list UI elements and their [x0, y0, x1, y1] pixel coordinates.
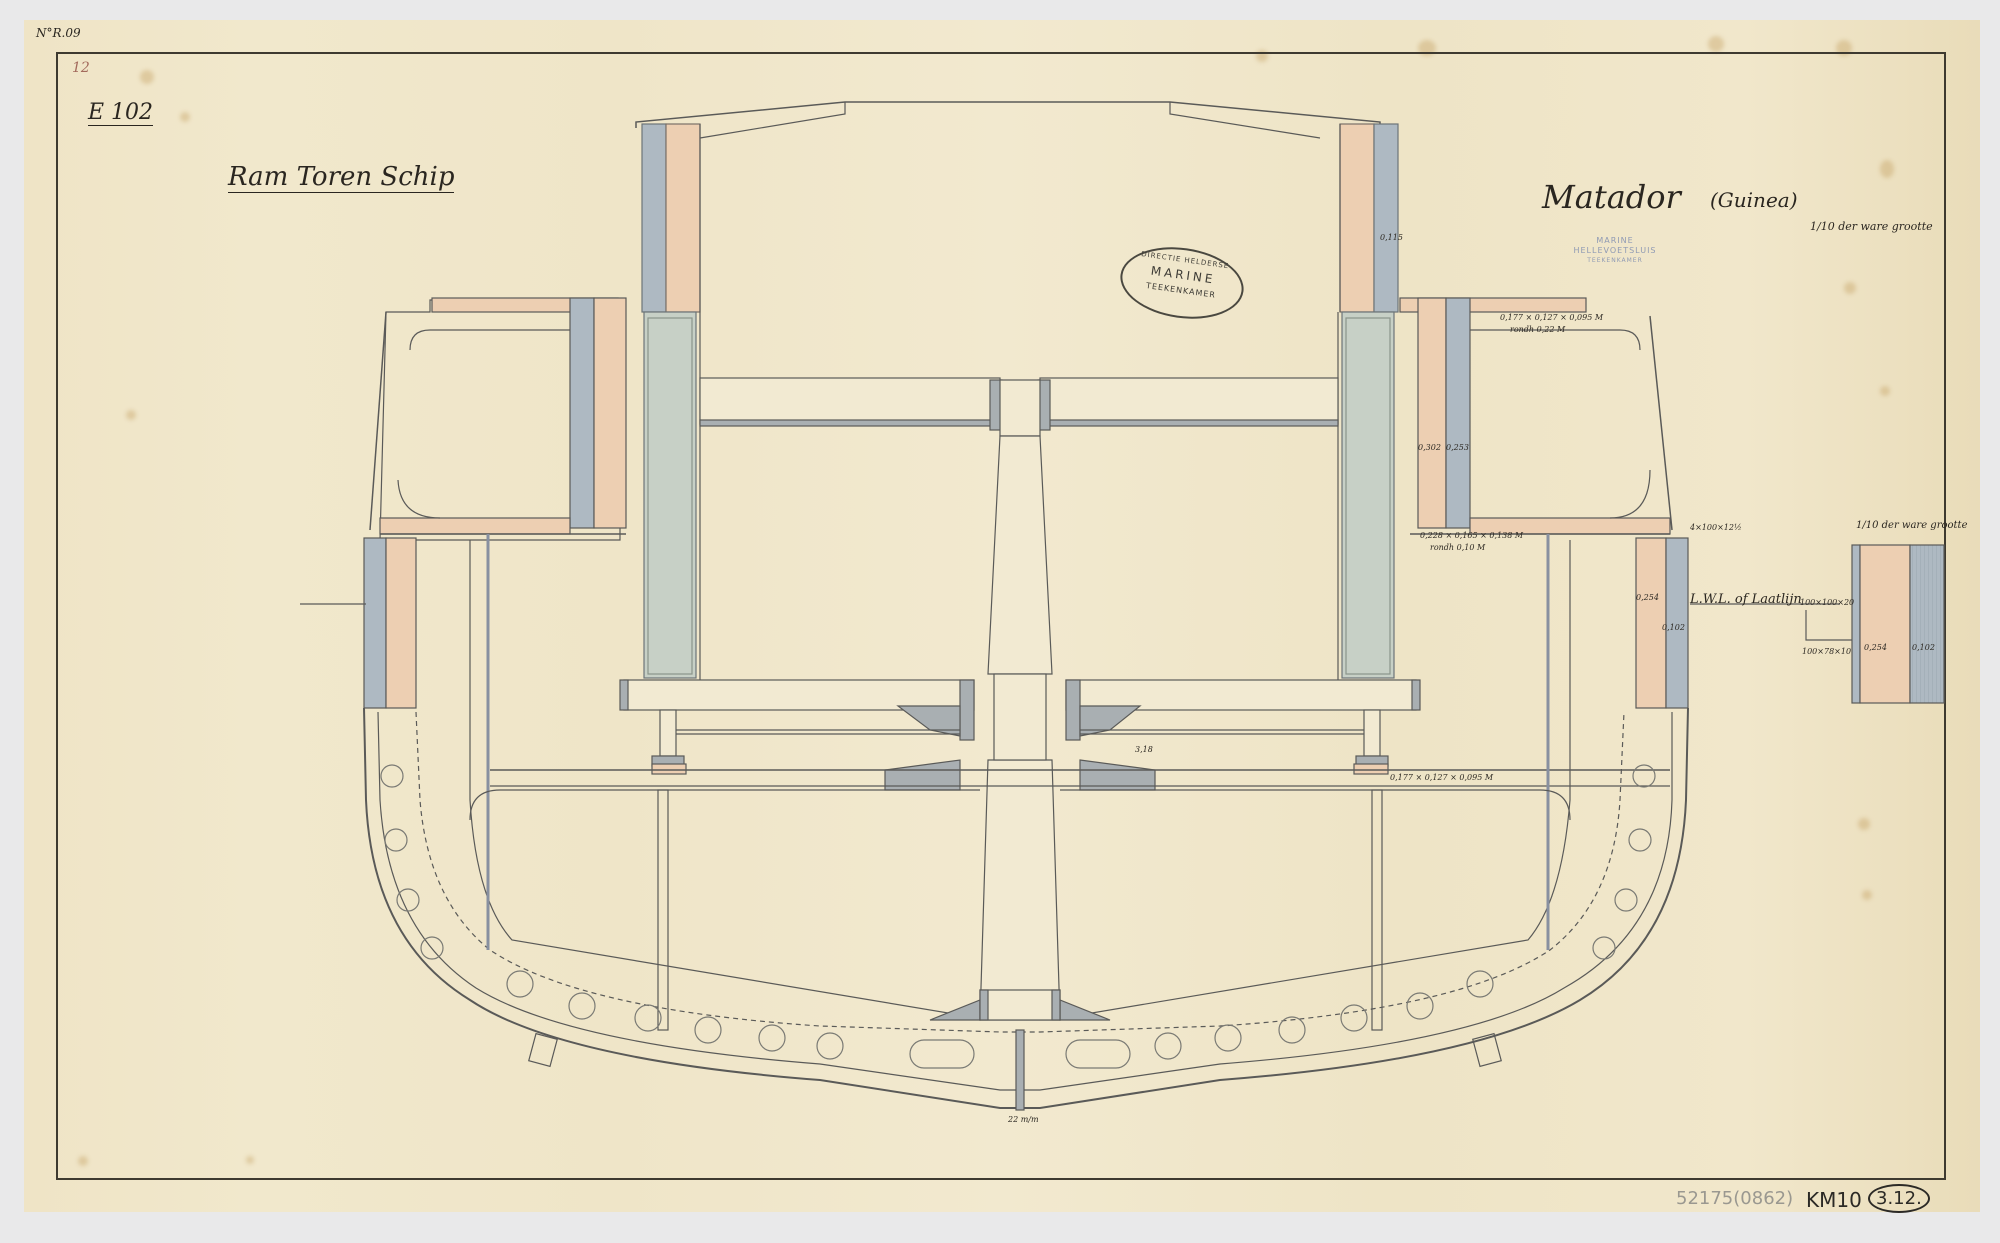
annotation-center-dim: 3,18 — [1135, 745, 1153, 754]
annotation-lower-beam: 0,228 × 0,165 × 0,138 M — [1420, 531, 1524, 540]
annotation-detail-1: 0,254 — [1864, 643, 1887, 652]
red-mark: 12 — [72, 60, 90, 76]
hellevoetsluis-stamp: MARINE HELLEVOETSLUIS TEEKENKAMER — [1570, 236, 1660, 266]
annotation-lower-beam-sub: rondh 0,10 M — [1430, 543, 1486, 552]
annotation-deck-beam: 0,177 × 0,127 × 0,095 M — [1500, 313, 1604, 322]
ship-alt-name: (Guinea) — [1710, 188, 1798, 212]
waterline-label: L.W.L. of Laatlijn — [1690, 592, 1802, 607]
annotation-floor-beam: 0,177 × 0,127 × 0,095 M — [1390, 773, 1494, 782]
stamp2-line2: HELLEVOETSLUIS — [1570, 246, 1660, 256]
corner-mark: N°R.09 — [36, 26, 81, 40]
annotation-detail-bracket: 100×78×10 — [1802, 647, 1851, 656]
annotation-armour-inner: 0,302 — [1418, 443, 1441, 452]
annotation-detail-2: 0,102 — [1912, 643, 1935, 652]
item-number: 3.12. — [1868, 1184, 1930, 1213]
stamp2-line1: MARINE — [1570, 236, 1660, 246]
drawing-number: E 102 — [88, 100, 153, 126]
drawing-title: Ram Toren Schip — [228, 162, 454, 193]
annotation-keel: 22 m/m — [1007, 1115, 1039, 1124]
annotation-side-plate: 0,102 — [1662, 623, 1685, 632]
stamp2-line3: TEEKENKAMER — [1570, 256, 1660, 266]
annotation-armour-outer: 0,253 — [1446, 443, 1469, 452]
annotation-turret-wall: 0,115 — [1380, 233, 1403, 242]
annotation-detail-angle: 100×100×20 — [1800, 598, 1854, 607]
annotation-side-armour: 0,254 — [1636, 593, 1659, 602]
detail-scale-note: 1/10 der ware grootte — [1856, 520, 1968, 531]
ship-name: Matador — [1542, 178, 1681, 216]
annotation-bracket: 4×100×12½ — [1689, 523, 1742, 532]
scale-note: 1/10 der ware grootte — [1810, 220, 1933, 233]
inventory-number: 52175(0862) — [1676, 1188, 1793, 1209]
collection-code: KM10 — [1806, 1188, 1862, 1212]
annotation-deck-beam-sub: rondh 0,22 M — [1510, 325, 1566, 334]
